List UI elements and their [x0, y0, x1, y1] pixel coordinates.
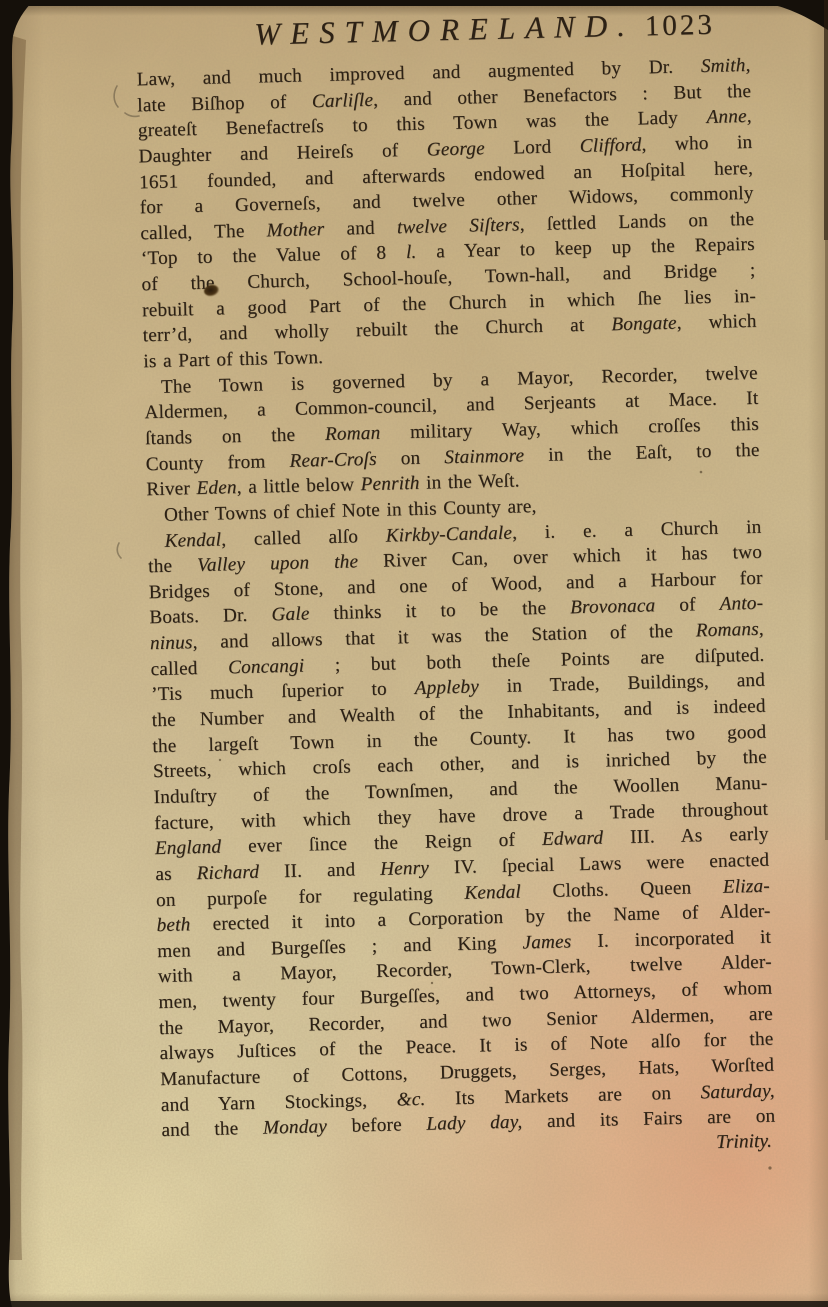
scanned-book-page: WESTMORELAND. 1023 Law, and much improve…: [0, 0, 828, 1307]
body-text: Law, and much improved and augmented by …: [136, 53, 775, 1144]
header-title: WESTMORELAND.: [254, 8, 635, 53]
header-page-number: 1023: [644, 9, 715, 44]
text-block: WESTMORELAND. 1023 Law, and much improve…: [135, 5, 776, 1167]
